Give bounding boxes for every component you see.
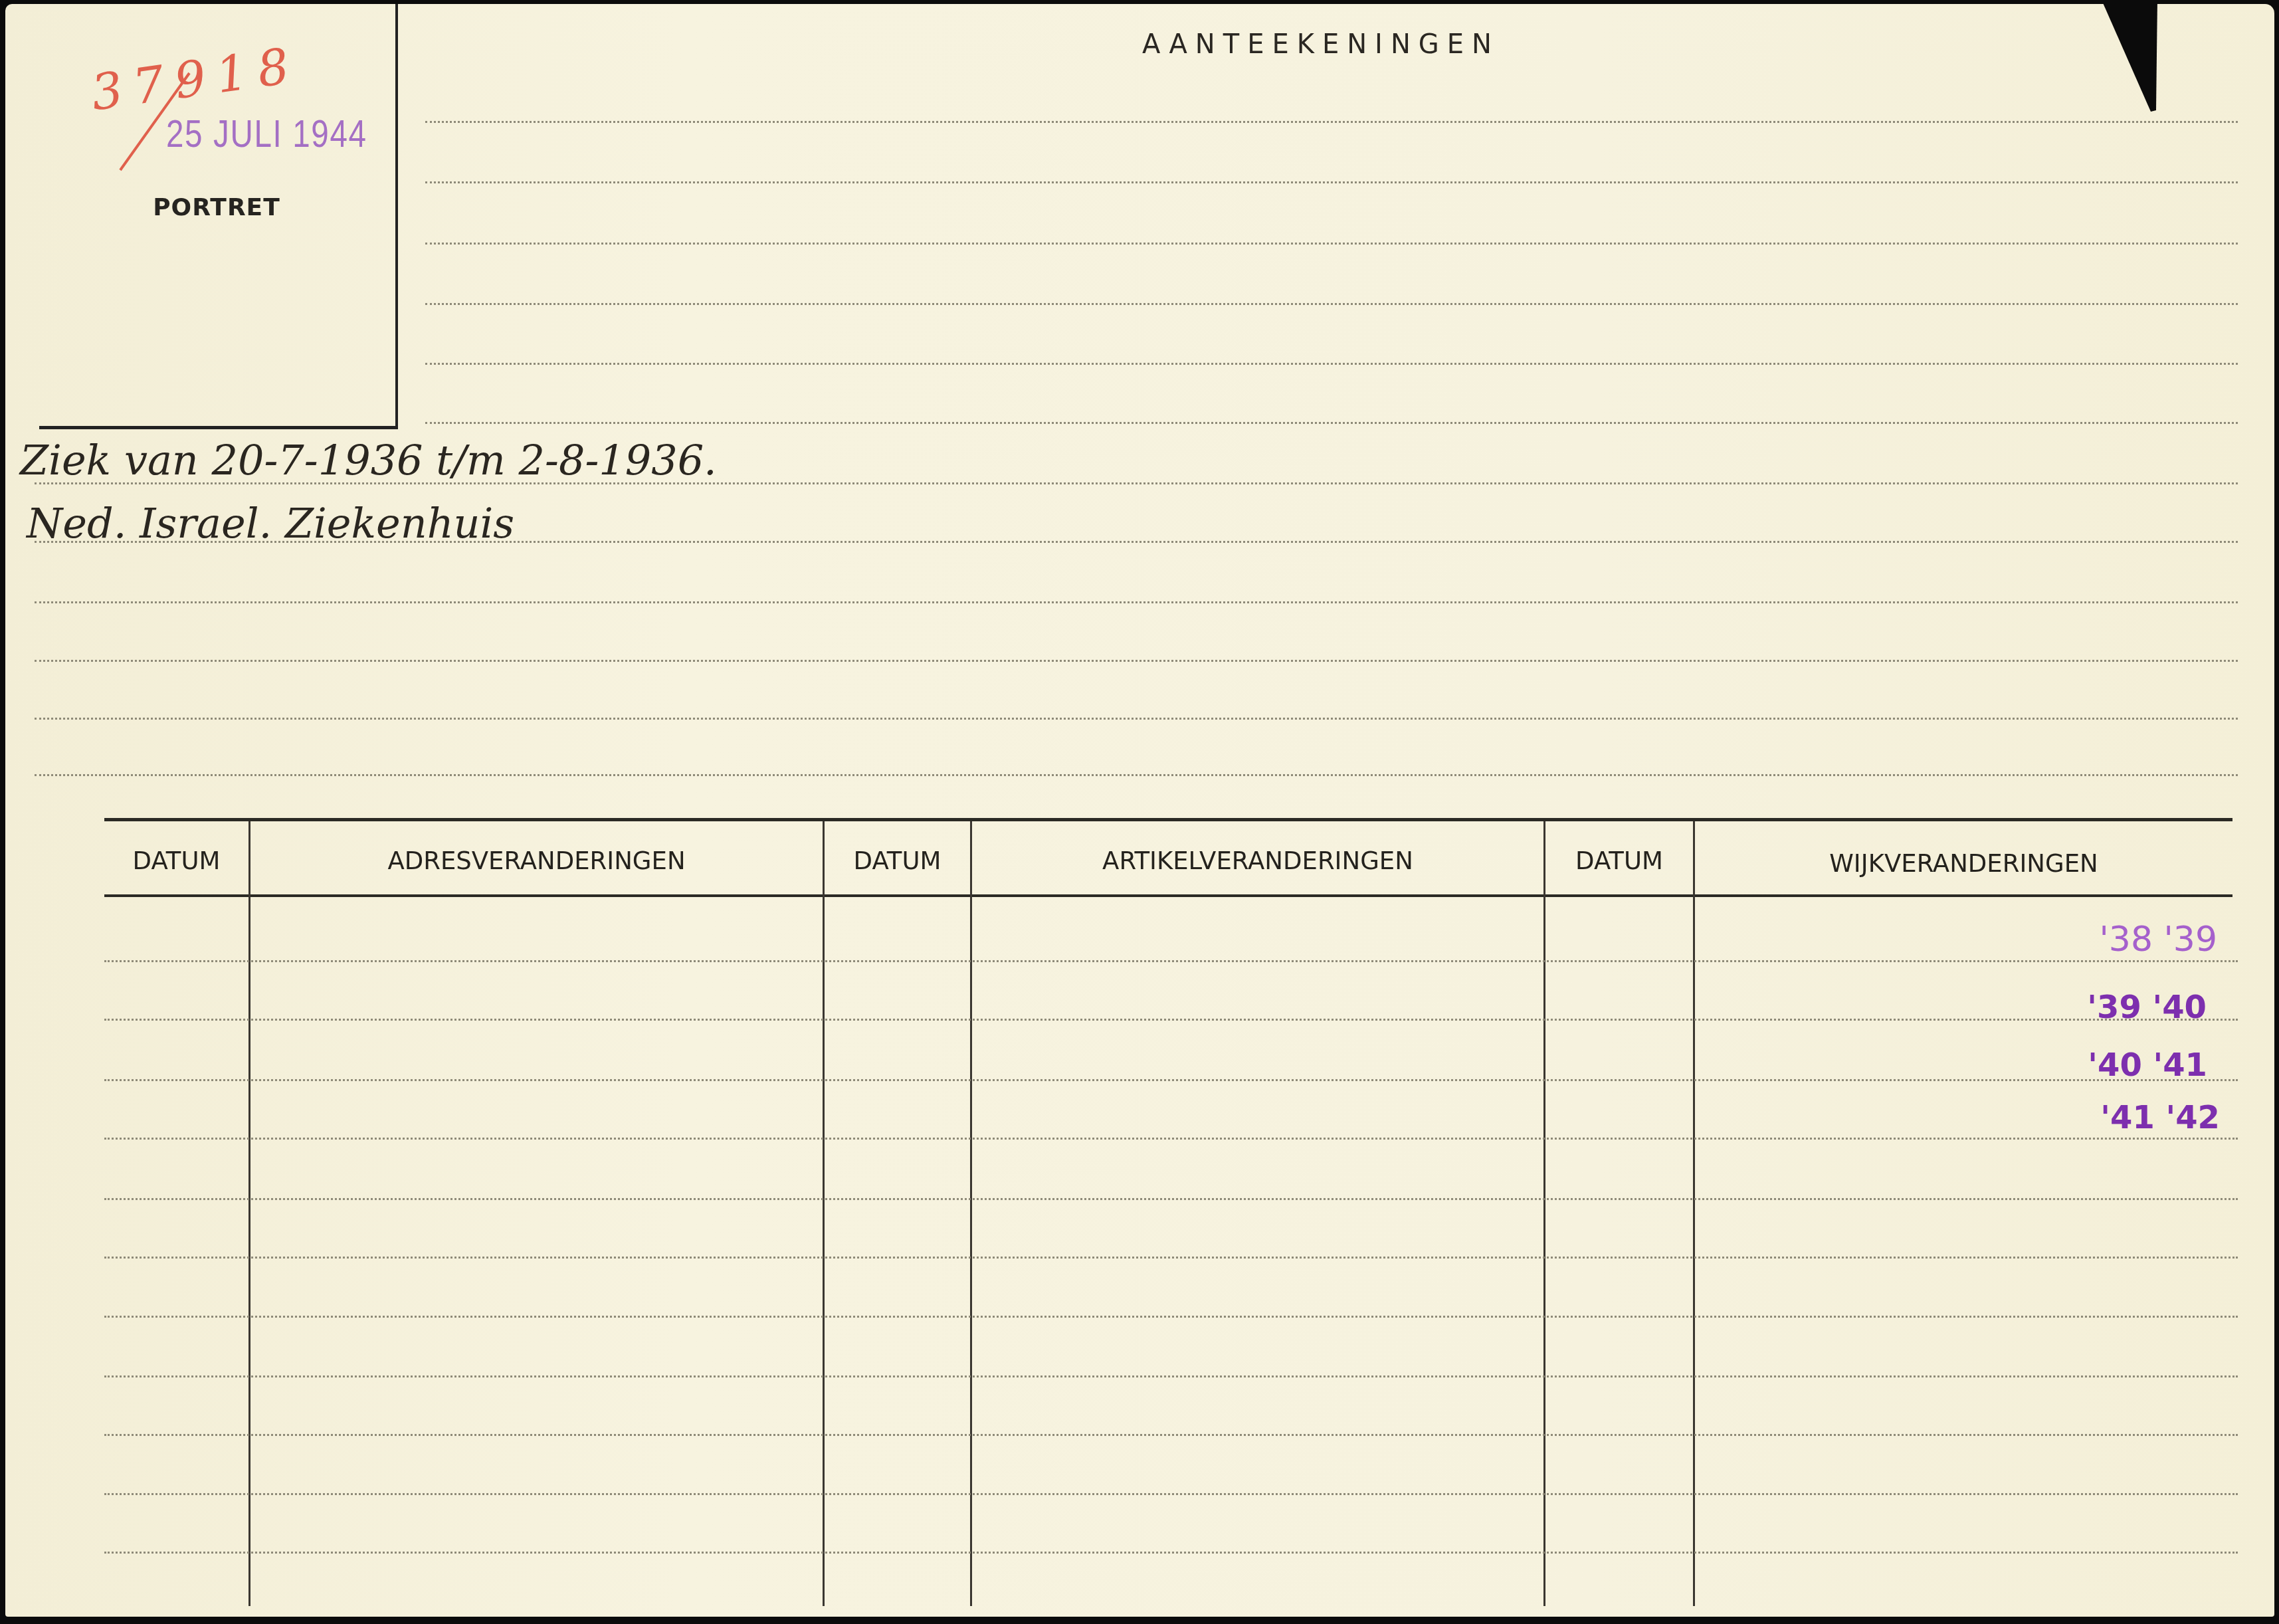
table-row-line [104,1138,2238,1140]
registration-card: 37918 25 JULI 1944 PORTRET AANTEEKENINGE… [5,4,2274,1617]
date-stamp: 25 JULI 1944 [166,112,367,156]
column-divider [1543,821,1545,1606]
header-artikelveranderingen: ARTIKELVERANDERINGEN [972,847,1543,875]
wijk-stamp-40-41: '40 '41 [2088,1047,2207,1084]
table-row-line [104,1316,2238,1318]
notes-line [35,774,2238,776]
handwritten-note-line-1: Ziek van 20-7-1936 t/m 2-8-1936. [20,436,717,484]
table-row-line [104,1079,2238,1081]
header-adresveranderingen: ADRESVERANDERINGEN [250,847,823,875]
table-top-border [104,818,2232,821]
notes-line [35,718,2238,720]
table-row-line [104,1493,2238,1495]
column-divider [970,821,972,1606]
portret-box-border-bottom [39,426,398,429]
notes-line [425,121,2238,123]
table-header-border [104,894,2232,897]
notes-line [35,601,2238,603]
notes-line [425,181,2238,183]
header-datum-1: DATUM [104,847,248,875]
header-datum-2: DATUM [825,847,970,875]
column-divider [823,821,825,1606]
table-row-line [104,1434,2238,1436]
table-row-line [104,1198,2238,1200]
wijk-stamp-41-42: '41 '42 [2100,1099,2220,1136]
table-row-line [104,960,2238,962]
handwritten-note-line-2: Ned. Israel. Ziekenhuis [27,499,514,548]
header-datum-3: DATUM [1545,847,1693,875]
portret-box-border-right [395,4,398,429]
portret-label: PORTRET [132,194,302,221]
table-row-line [104,1375,2238,1377]
wijk-stamp-39-40: '39 '40 [2087,989,2207,1026]
table-row-line [104,1552,2238,1554]
notes-line [425,243,2238,245]
wijk-stamp-38-39: '38 '39 [2100,920,2217,960]
notes-line [425,422,2238,424]
column-divider [1693,821,1695,1606]
notes-line [35,660,2238,662]
notes-title: AANTEEKENINGEN [1042,29,1600,60]
column-divider [248,821,250,1606]
notes-line [425,363,2238,365]
table-row-line [104,1257,2238,1259]
table-row-line [104,1019,2238,1021]
notes-line [425,303,2238,305]
header-wijkveranderingen: WIJKVERANDERINGEN [1695,849,2232,878]
